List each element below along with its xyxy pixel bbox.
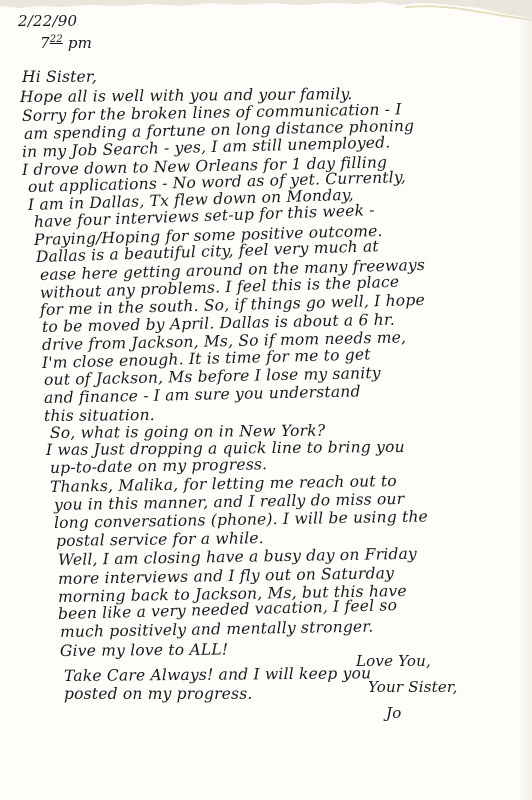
closing-love-you: Love You, — [356, 652, 431, 670]
letter-page: 2/22/90 722 pm Hi Sister, Hope all is we… — [0, 0, 532, 800]
closing-your-sister: Your Sister, — [368, 678, 458, 696]
torn-paper-edge — [0, 0, 532, 22]
time-suffix: pm — [68, 34, 92, 52]
letter-line: postal service for a while. — [56, 529, 264, 550]
paper-edge-shadow — [518, 0, 532, 800]
time-hour: 7 — [40, 34, 50, 52]
letter-line: posted on my progress. — [64, 685, 253, 703]
letter-greeting: Hi Sister, — [22, 68, 97, 86]
letter-time: 722 pm — [40, 34, 92, 52]
letter-line: Give my love to ALL! — [60, 641, 228, 660]
letter-date: 2/22/90 — [18, 12, 77, 30]
time-minutes: 22 — [50, 34, 63, 45]
letter-line: up-to-date on my progress. — [50, 455, 268, 477]
signature: Jo — [386, 704, 401, 722]
letter-line: Take Care Always! and I will keep you — [64, 664, 371, 685]
letter-line: this situation. — [44, 406, 155, 425]
